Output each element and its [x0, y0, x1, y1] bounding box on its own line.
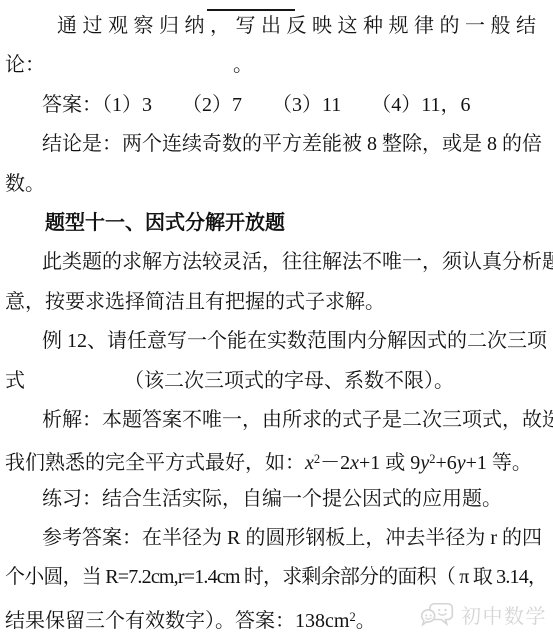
text-segment: 。	[356, 610, 376, 632]
text-segment: 结论是：两个连续奇数的平方差能被 8 整除，或是 8 的倍	[42, 133, 542, 155]
text-segment: 意，按要求选择简洁且有把握的式子求解。	[5, 291, 385, 313]
blank-space	[25, 386, 124, 387]
text-segment: 此类题的求解方法较灵活，往往解法不唯一，须认真分析题	[42, 251, 553, 273]
text-segment: +1 等。	[466, 452, 532, 474]
text-segment: 论：	[5, 54, 45, 76]
text-line: 例 12、请任意写一个能在实数范围内分解因式的二次三项	[0, 322, 553, 361]
wechat-chat-bubbles-icon	[419, 601, 455, 629]
text-line: 析解：本题答案不唯一，由所求的式子是二次三项式，故选	[0, 401, 553, 440]
text-segment: 练习：结合生活实际，自编一个提公因式的应用题。	[42, 488, 502, 510]
text-segment: 我们熟悉的完全平方式最好，如：	[5, 452, 305, 474]
text-segment: （该二次三项式的字母、系数不限）。	[124, 370, 454, 392]
text-segment: 数。	[5, 173, 45, 195]
text-segment: －2	[320, 452, 350, 474]
text-line: 个小圆，当 R=7.2cm,r=1.4cm 时，求剩余部分的面积（ π 取 3.…	[0, 558, 553, 597]
text-line: 答案：（1）3（2）7（3）11（4）11，6	[0, 86, 553, 125]
text-segment: 通过观察归纳，写出反映这种规律的一般结	[57, 15, 542, 37]
text-segment: y	[420, 452, 429, 474]
text-segment: 结果保留三个有效数字）。答案：138cm	[5, 610, 349, 632]
text-line: 数。	[0, 165, 553, 204]
text-line: 式（该二次三项式的字母、系数不限）。	[0, 362, 553, 401]
text-line: 参考答案：在半径为 R 的圆形钢板上，冲去半径为 r 的四	[0, 519, 553, 558]
text-segment: 。	[233, 54, 253, 76]
text-segment: +6	[435, 452, 456, 474]
text-line: 结论是：两个连续奇数的平方差能被 8 整除，或是 8 的倍	[0, 125, 553, 164]
text-line: 意，按要求选择简洁且有把握的式子求解。	[0, 283, 553, 322]
text-segment: x	[305, 452, 314, 474]
text-segment: 析解：本题答案不唯一，由所求的式子是二次三项式，故选	[42, 409, 553, 431]
blank-space	[45, 70, 233, 71]
text-segment: 参考答案：在半径为 R 的圆形钢板上，冲去半径为 r 的四	[42, 527, 542, 549]
section-heading: 题型十一、因式分解开放题	[0, 204, 553, 243]
text-segment: （2）7	[182, 94, 242, 116]
watermark: 初中数学	[419, 600, 547, 629]
blank-space	[242, 110, 272, 111]
blank-space	[341, 110, 371, 111]
text-line: 通过观察归纳，写出反映这种规律的一般结	[0, 7, 553, 46]
text-segment: y	[457, 452, 466, 474]
text-segment: +1 或 9	[359, 452, 420, 474]
text-line: 练习：结合生活实际，自编一个提公因式的应用题。	[0, 480, 553, 519]
text-line: 此类题的求解方法较灵活，往往解法不唯一，须认真分析题	[0, 243, 553, 282]
text-segment: x	[350, 452, 359, 474]
text-segment: 例 12、请任意写一个能在实数范围内分解因式的二次三项	[42, 330, 547, 352]
text-segment: 式	[5, 370, 25, 392]
text-segment: 题型十一、因式分解开放题	[45, 212, 285, 234]
watermark-text: 初中数学	[461, 600, 547, 629]
text-line: 论：。	[0, 46, 553, 85]
text-segment: （3）11	[272, 94, 341, 116]
text-segment: 个小圆，当 R=7.2cm,r=1.4cm 时，求剩余部分的面积（ π 取 3.…	[5, 566, 547, 588]
text-line: 我们熟悉的完全平方式最好，如：x2－2x+1 或 9y2+6y+1 等。	[0, 440, 553, 479]
text-segment: 答案：（1）3	[42, 94, 152, 116]
text-segment: （4）11，6	[371, 94, 470, 116]
blank-overline	[207, 9, 295, 11]
document-body: 通过观察归纳，写出反映这种规律的一般结论：。答案：（1）3（2）7（3）11（4…	[0, 7, 553, 637]
document-page: 通过观察归纳，写出反映这种规律的一般结论：。答案：（1）3（2）7（3）11（4…	[0, 0, 553, 642]
blank-space	[152, 110, 182, 111]
